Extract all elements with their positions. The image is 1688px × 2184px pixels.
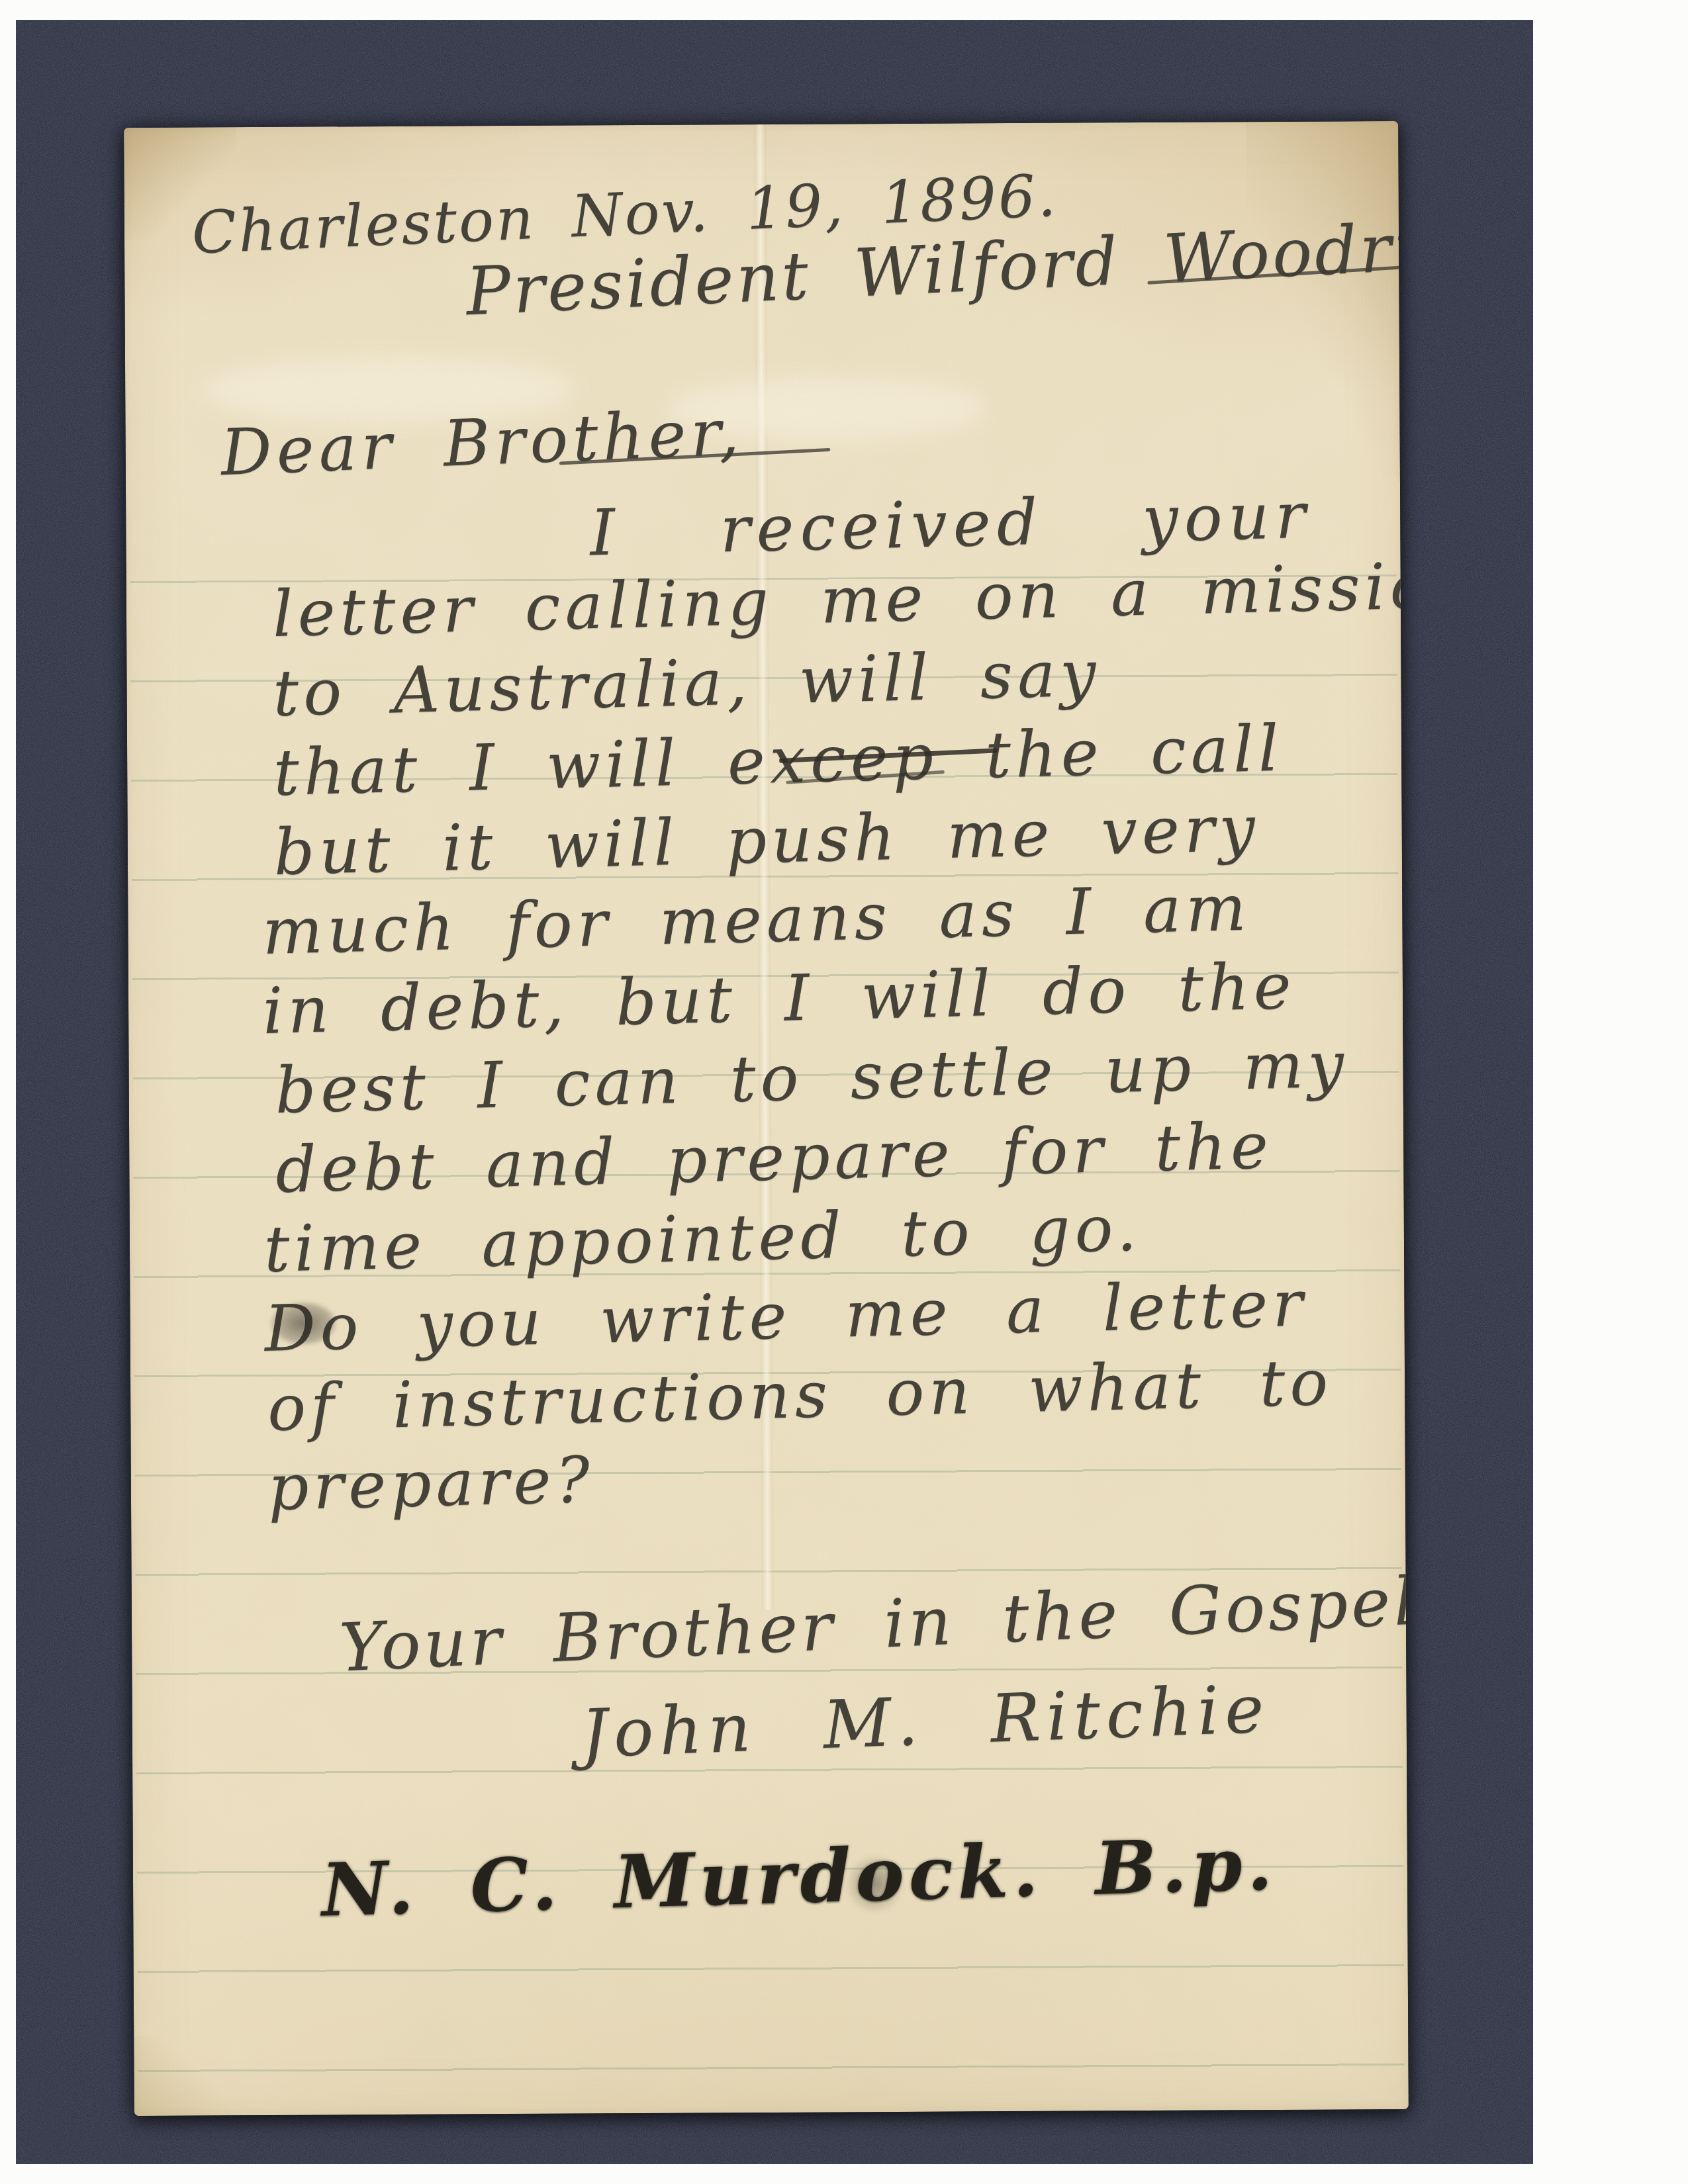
ink-blot-overwritten-word (257, 1293, 350, 1354)
body-line: prepare? (267, 1443, 595, 1525)
ink-blot-endorsement (835, 1844, 915, 1925)
scan-page: Charleston Nov. 19, 1896. President Wilf… (0, 0, 1688, 2184)
paper-corner-wear-bottom-left (134, 2036, 240, 2116)
paper-corner-fold-top-right (1246, 121, 1400, 479)
letter-paper: Charleston Nov. 19, 1896. President Wilf… (124, 121, 1409, 2116)
